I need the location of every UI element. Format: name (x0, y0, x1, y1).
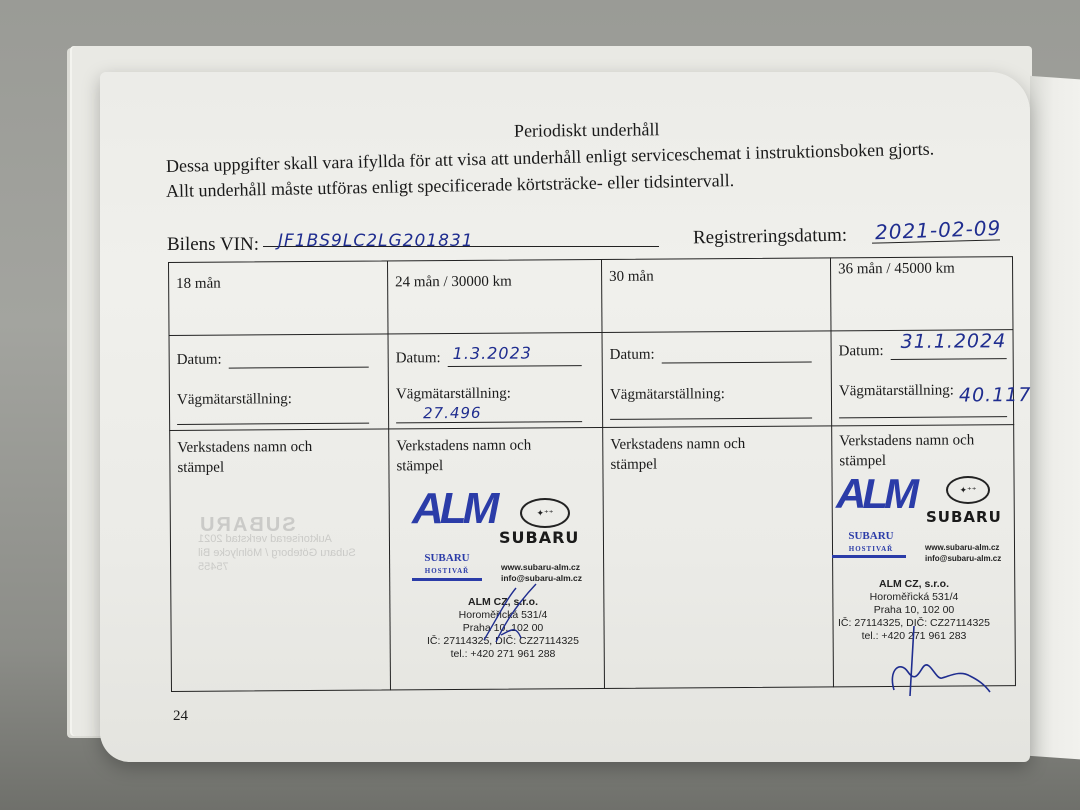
page-title: Periodiskt underhåll (514, 119, 660, 142)
odometer-value-2: 27.496 (423, 404, 482, 422)
intro-line-1: Dessa uppgifter skall vara ifyllda för a… (166, 139, 935, 177)
workshop-label-1b: stämpel (177, 460, 224, 477)
alm-brand-text: SUBARU HOSTIVAŘ (836, 530, 906, 555)
interval-header-2: 24 mån / 30000 km (395, 274, 512, 292)
workshop-label-3a: Verkstadens namn och (610, 436, 745, 454)
date-value-2: 1.3.2023 (453, 343, 532, 363)
bleed-through-stamp: SUBARU Auktoriserad verkstad 2021 Subaru… (198, 518, 356, 574)
odometer-label-3: Vägmätarställning: (610, 386, 725, 404)
signature-icon (476, 580, 546, 650)
workshop-label-4b: stämpel (839, 453, 886, 470)
interval-header-4: 36 mån / 45000 km (838, 261, 955, 279)
registration-date-value: 2021-02-09 (875, 216, 1002, 244)
odometer-label-2: Vägmätarställning: (396, 386, 511, 404)
alm-brand-text: SUBARU HOSTIVAŘ (412, 552, 482, 577)
alm-underline (832, 555, 906, 558)
subaru-wordmark: SUBARU (926, 508, 1002, 526)
vin-value: JF1BS9LC2LG201831 (278, 231, 474, 251)
odometer-label-1: Vägmätarställning: (177, 391, 292, 409)
workshop-label-4a: Verkstadens namn och (839, 432, 974, 450)
date-label-4: Datum: (839, 343, 884, 360)
alm-underline (412, 578, 482, 581)
subaru-stars-icon: ✦⁺⁺ (520, 498, 570, 528)
workshop-label-2a: Verkstadens namn och (396, 437, 531, 455)
date-label-1: Datum: (177, 352, 222, 369)
vin-label: Bilens VIN: (167, 234, 259, 256)
page-number: 24 (173, 708, 188, 725)
registration-date-label: Registreringsdatum: (693, 225, 847, 250)
odometer-label-4: Vägmätarställning: (839, 383, 954, 401)
workshop-label-1a: Verkstadens namn och (177, 439, 312, 457)
date-label-3: Datum: (610, 347, 655, 364)
alm-logo-icon: ALM (412, 484, 495, 534)
page-content: Periodiskt underhåll Dessa uppgifter ska… (0, 0, 1080, 810)
date-value-4: 31.1.2024 (900, 330, 1006, 353)
subaru-stars-icon: ✦⁺⁺ (946, 476, 990, 504)
alm-logo-icon: ALM (836, 470, 915, 518)
stamp-contact: www.subaru-alm.cz info@subaru-alm.cz (925, 542, 1001, 564)
interval-header-3: 30 mån (609, 269, 654, 286)
subaru-wordmark: SUBARU (499, 528, 579, 547)
interval-header-1: 18 mån (176, 276, 221, 293)
workshop-label-3b: stämpel (610, 457, 657, 474)
signature-icon (880, 620, 1000, 700)
odometer-value-4: 40.117 (959, 384, 1032, 407)
date-label-2: Datum: (396, 350, 441, 367)
workshop-label-2b: stämpel (396, 458, 443, 475)
